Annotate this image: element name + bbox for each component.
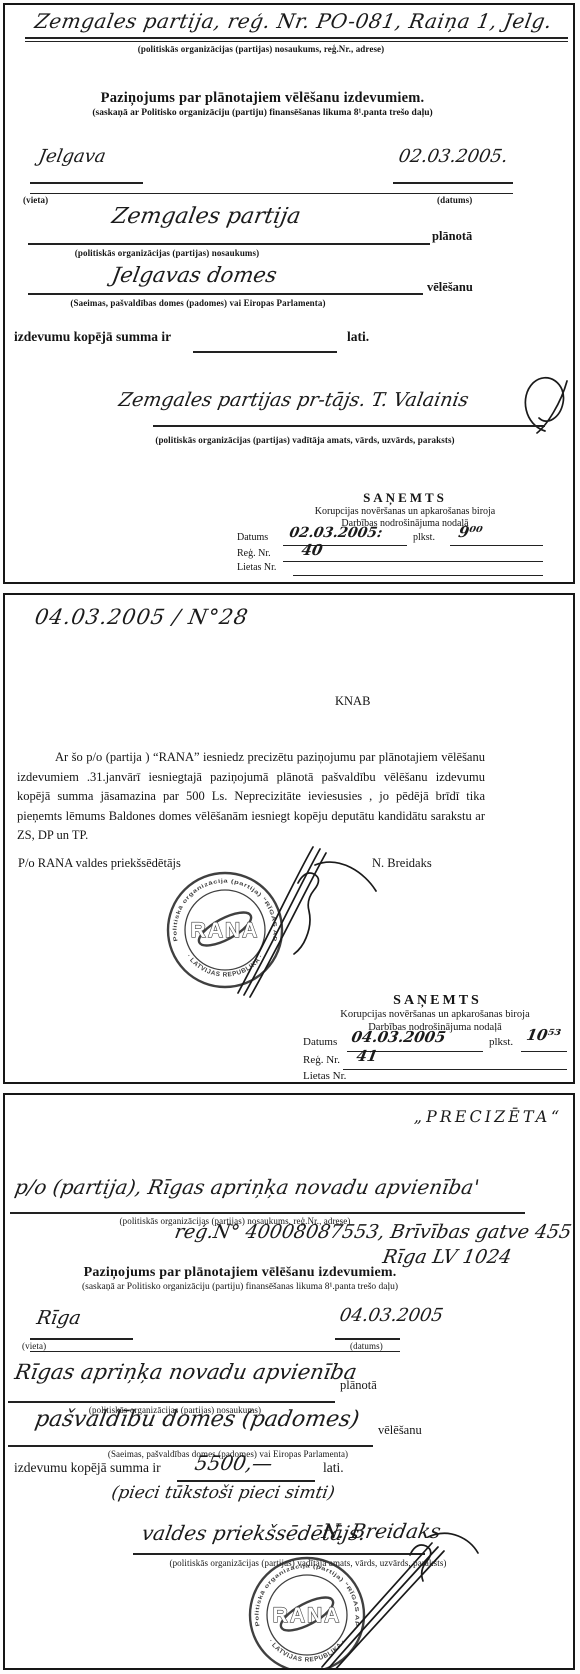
- reference-handwritten: 04.03.2005 / N°28: [33, 605, 250, 629]
- sum-prefix: izdevumu kopējā summa ir: [14, 329, 171, 345]
- datums-label: (datums): [350, 1341, 383, 1351]
- party-name-handwritten: Zemgales partija: [110, 204, 303, 229]
- election-underline: [8, 1445, 373, 1447]
- received-datums-value: 04.03.2005: [350, 1028, 447, 1046]
- received-lietas-label: Lietas Nr.: [303, 1070, 346, 1082]
- received-reg-line: [343, 1069, 567, 1070]
- received-datums-label: Datums: [303, 1036, 337, 1048]
- sum-prefix: izdevumu kopējā summa ir: [14, 1460, 161, 1476]
- form-title: Paziņojums par plānotajiem vēlēšanu izde…: [5, 90, 520, 107]
- org-line-label: (politiskās organizācijas (partijas) nos…: [105, 44, 417, 54]
- received-plkst-line: [450, 545, 543, 546]
- sum-value-handwritten: 5500,—: [193, 1451, 274, 1475]
- form-subtitle: (saskaņā ar Politisko organizāciju (part…: [5, 108, 520, 118]
- planota-text: plānotā: [340, 1378, 377, 1393]
- party-underline: [8, 1401, 335, 1403]
- date-underline: [393, 182, 513, 184]
- place-handwritten: Jelgava: [37, 146, 107, 167]
- reg-number-handwritten: reģ.N° 40008087553, Brīvības gatve 455: [173, 1221, 573, 1243]
- sum-underline: [177, 1480, 315, 1482]
- datums-label: (datums): [437, 195, 472, 205]
- document-2-letter: 04.03.2005 / N°28 KNAB Ar šo p/o (partij…: [3, 593, 575, 1084]
- place-underline: [30, 182, 143, 184]
- org-underline: [10, 1212, 525, 1214]
- received-reg-line: [283, 561, 543, 562]
- sum-suffix: lati.: [347, 329, 369, 345]
- scanned-documents-page: Zemgales partija, reģ. Nr. PO-081, Raiņa…: [0, 0, 580, 1674]
- org-name-handwritten: p/o (partija), Rīgas apriņķa novadu apvi…: [13, 1175, 481, 1199]
- velesanu-text: vēlēšanu: [378, 1423, 422, 1438]
- received-title: SAŅEMTS: [245, 490, 565, 506]
- party-underline: [28, 243, 430, 245]
- org-name-handwritten: Zemgales partija, reģ. Nr. PO-081, Raiņa…: [33, 9, 554, 33]
- signature-strokes: [180, 833, 440, 1013]
- received-reg-value: 40: [300, 541, 324, 559]
- place-underline: [30, 1338, 133, 1340]
- party-label: (politiskās organizācijas (partijas) nos…: [67, 248, 267, 258]
- received-reg-label: Reģ. Nr.: [237, 548, 271, 559]
- received-lietas-line: [293, 575, 543, 576]
- received-plkst-label: plkst.: [489, 1036, 513, 1048]
- signature-underline: [153, 425, 545, 427]
- received-datums-label: Datums: [237, 532, 268, 543]
- vieta-label: (vieta): [22, 1341, 46, 1351]
- row-rule: [30, 1351, 400, 1352]
- election-handwritten: Jelgavas domes: [110, 263, 279, 287]
- org-underline: [25, 37, 568, 39]
- election-underline: [28, 293, 423, 295]
- received-reg-label: Reģ. Nr.: [303, 1054, 340, 1066]
- received-plkst-value: 10⁵³: [525, 1026, 562, 1044]
- signature-strokes: [260, 1503, 490, 1670]
- date-handwritten: 02.03.2005.: [397, 146, 509, 167]
- received-plkst-line: [521, 1051, 567, 1052]
- received-org1: Korupcijas novēršanas un apkarošanas bir…: [245, 506, 565, 517]
- letter-body: Ar šo p/o (partija ) “RANA” iesniedz pre…: [17, 748, 485, 846]
- sum-blank-line: [193, 351, 337, 353]
- precizeta-handwritten: „PRECIZĒTA“: [413, 1107, 563, 1126]
- received-lietas-label: Lietas Nr.: [237, 562, 276, 573]
- addressee: KNAB: [335, 694, 370, 709]
- org-underline-2: [25, 41, 568, 42]
- received-reg-value: 41: [355, 1047, 379, 1065]
- sum-words-handwritten: (pieci tūkstoši pieci simti): [110, 1483, 336, 1503]
- velesanu-text: vēlēšanu: [427, 280, 473, 295]
- election-handwritten: pašvaldību domes (padomes): [33, 1407, 361, 1432]
- election-label: (Saeimas, pašvaldības domes (padomes) va…: [38, 298, 358, 308]
- received-plkst-value: 9⁰⁰: [457, 523, 484, 541]
- document-3-notification-precizeta: „PRECIZĒTA“ p/o (partija), Rīgas apriņķa…: [3, 1093, 575, 1670]
- party-name-handwritten: Rīgas apriņķa novadu apvienība: [13, 1360, 359, 1384]
- place-handwritten: Rīga: [35, 1307, 83, 1329]
- vieta-label: (vieta): [23, 195, 48, 205]
- planota-text: plānotā: [432, 229, 472, 244]
- form-title: Paziņojums par plānotajiem vēlēšanu izde…: [5, 1265, 475, 1281]
- form-subtitle: (saskaņā ar Politisko organizāciju (part…: [5, 1282, 475, 1292]
- received-datums-value: 02.03.2005:: [288, 525, 384, 541]
- signer-role: P/o RANA valdes priekšsēdētājs: [18, 856, 181, 871]
- document-1-notification: Zemgales partija, reģ. Nr. PO-081, Raiņa…: [3, 3, 575, 584]
- sum-suffix: lati.: [323, 1460, 344, 1476]
- leader-label: (politiskās organizācijas (partijas) vad…: [135, 435, 475, 445]
- date-underline: [335, 1338, 400, 1340]
- received-title: SAŅEMTS: [305, 993, 570, 1009]
- received-plkst-label: plkst.: [413, 532, 435, 543]
- row-rule: [30, 193, 513, 194]
- date-handwritten: 04.03.2005: [338, 1305, 445, 1326]
- leader-signature-handwritten: Zemgales partijas pr-tājs. T. Valainis: [117, 389, 470, 411]
- received-org1: Korupcijas novēršanas un apkarošanas bir…: [295, 1009, 575, 1020]
